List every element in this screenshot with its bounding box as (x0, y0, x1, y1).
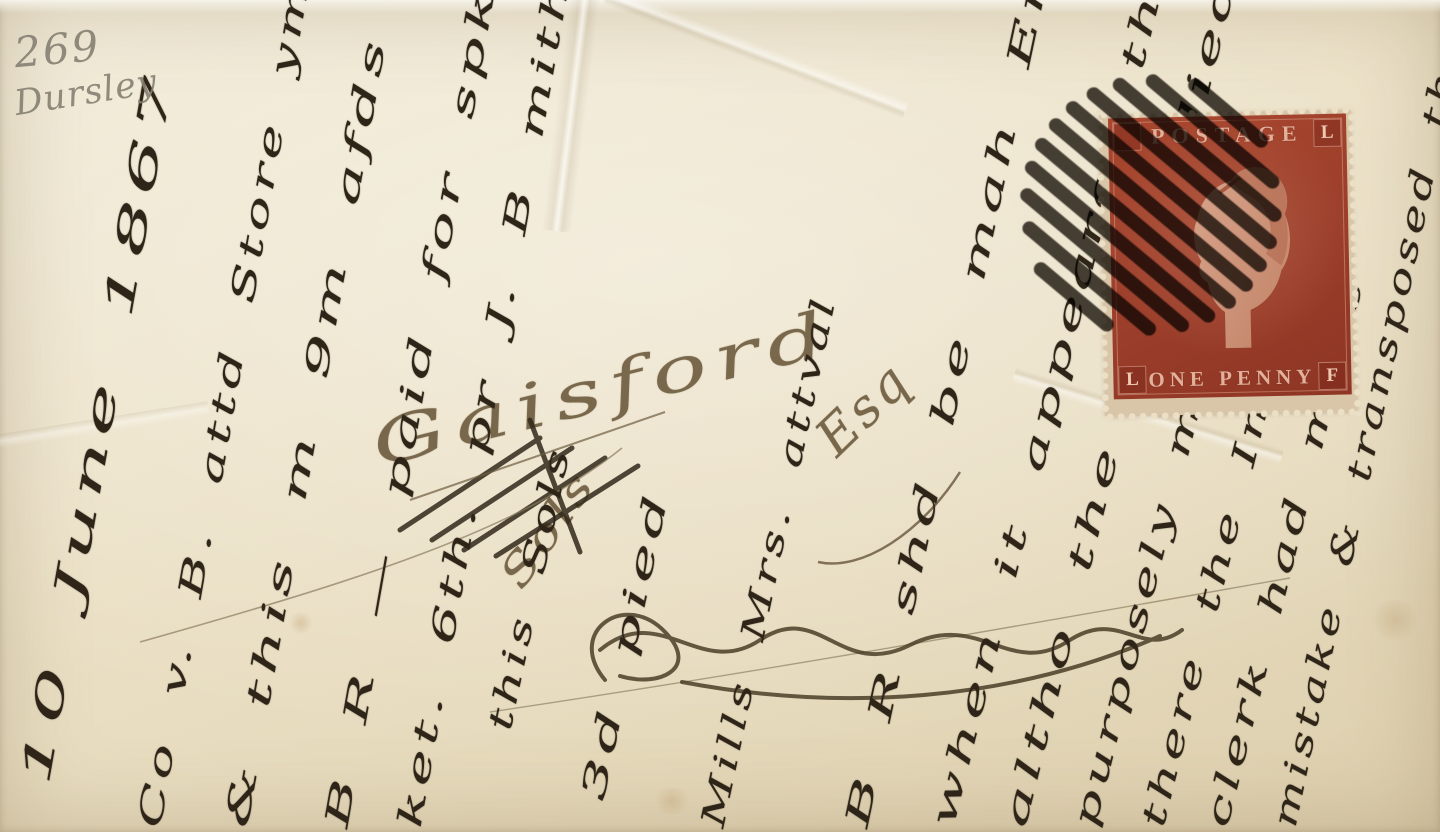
postmark-barred-cancel (968, 46, 1312, 390)
stamp-corner-letter: F (1318, 362, 1347, 391)
stamp-corner-letter: L (1313, 119, 1342, 148)
pencil-annotation: 269 Dursley (14, 22, 158, 113)
envelope-front: 269 Dursley Gaisford Esq Sols 10 June 18… (0, 0, 1440, 832)
paper-crease (603, 0, 908, 119)
